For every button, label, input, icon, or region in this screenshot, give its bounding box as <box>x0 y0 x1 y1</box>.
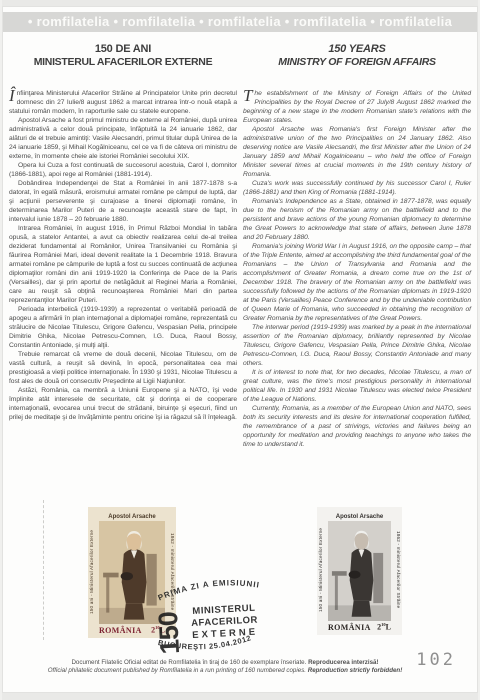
romfilatelia-masthead: • romfilatelia • romfilatelia • romfilat… <box>3 12 477 32</box>
paragraph: Perioada interbelică (1919-1939) a repre… <box>9 305 237 350</box>
philatelic-document-page: { "masthead": { "band_text": "• romfilat… <box>0 0 480 700</box>
paragraph: Cuza's work was successfully continued b… <box>243 179 471 197</box>
column-english: The establishment of the Ministry of For… <box>243 89 471 449</box>
paragraph: Înfiinţarea Ministerului Afacerilor Stră… <box>9 89 237 116</box>
scan-edge-bottom <box>0 693 480 700</box>
title-en-line2: MINISTRY OF FOREIGN AFFAIRS <box>243 56 471 69</box>
stamp-left-inscription: 150 ani - Ministerul Afacerilor Externe <box>89 521 94 622</box>
footer-line-en: Official philatelic document published b… <box>40 667 410 675</box>
scan-edge-top <box>0 0 480 6</box>
paragraph: Trebuie remarcat că vreme de două deceni… <box>9 350 237 386</box>
paragraph: Astăzi, România, ca membră a Uniunii Eur… <box>9 386 237 422</box>
paragraph: Apostol Arsache a fost primul ministru d… <box>9 116 237 161</box>
title-romanian: 150 DE ANI MINISTERUL AFACERILOR EXTERNE <box>9 42 237 69</box>
dropcap-ro: Î <box>9 89 17 103</box>
portrait-illustration <box>328 521 391 621</box>
title-ro-line1: 150 DE ANI <box>9 42 237 56</box>
stamp-right-inscription: 1862 - ministerul Afacerilor Străine <box>396 521 401 619</box>
stamp-country: ROMÂNIA <box>99 626 142 635</box>
title-en-line1: 150 YEARS <box>243 42 471 56</box>
footer-ro-warning: Reproducerea interzisă! <box>308 659 379 666</box>
paragraph: Romania's Independence as a State, obtai… <box>243 197 471 242</box>
dropcap-en: T <box>243 89 254 103</box>
paragraph-text: he establishment of the Ministry of Fore… <box>243 90 471 124</box>
stamp-left-inscription: 150 ani - Ministerul Afacerilor Externe <box>318 521 323 619</box>
stamp-country: ROMÂNIA <box>328 623 371 632</box>
paragraph: Currently, Romania, as a member of the E… <box>243 404 471 449</box>
stamp-person-name: Apostol Arsache <box>336 514 383 520</box>
stamp-face-value: 210L <box>377 622 391 632</box>
title-ro-line2: MINISTERUL AFACERILOR EXTERNE <box>9 56 237 69</box>
serial-number: 102 <box>416 650 456 670</box>
paragraph: Intrarea României, în august 1916, în Pr… <box>9 224 237 305</box>
paragraph: Apostol Arsache was Romania's first Fore… <box>243 125 471 179</box>
value-unit: L <box>386 623 391 632</box>
stamp-grayscale: Apostol Arsache 150 ani - Ministerul Afa… <box>317 507 402 635</box>
footer-en-warning: Reproduction strictly forbidden! <box>308 667 403 674</box>
scan-edge-left <box>0 0 2 700</box>
footer-en-text: Official philatelic document published b… <box>48 667 308 674</box>
footer-line-ro: Document Filatelic Oficial editat de Rom… <box>40 659 410 667</box>
paragraph: Opera lui Cuza a fost continuată de succ… <box>9 161 237 179</box>
column-romanian: Înfiinţarea Ministerului Afacerilor Stră… <box>9 89 237 422</box>
first-day-postmark: PRIMA ZI A EMISIUNII 150 MINISTERUL AFAC… <box>148 567 274 657</box>
stamp-person-name: Apostol Arsache <box>108 514 155 520</box>
footer-imprint: Document Filatelic Oficial editat de Rom… <box>40 659 410 675</box>
stamp-bottom-row: ROMÂNIA 210L <box>328 622 391 632</box>
document-edge-perforation <box>43 500 44 640</box>
postmark-top-arc-text: PRIMA ZI A EMISIUNII <box>156 577 261 603</box>
paragraph: It is of interest to note that, for two … <box>243 368 471 404</box>
paragraph-text: nfiinţarea Ministerului Afacerilor Străi… <box>9 90 237 115</box>
paragraph: The interwar period (1919-1939) was mark… <box>243 323 471 368</box>
paragraph: Dobândirea Independenţei de Stat a Român… <box>9 179 237 224</box>
paragraph: Romania's joining World War I in August … <box>243 242 471 323</box>
footer-ro-text: Document Filatelic Oficial editat de Rom… <box>71 659 308 666</box>
paragraph: The establishment of the Ministry of For… <box>243 89 471 125</box>
title-english: 150 YEARS MINISTRY OF FOREIGN AFFAIRS <box>243 42 471 69</box>
